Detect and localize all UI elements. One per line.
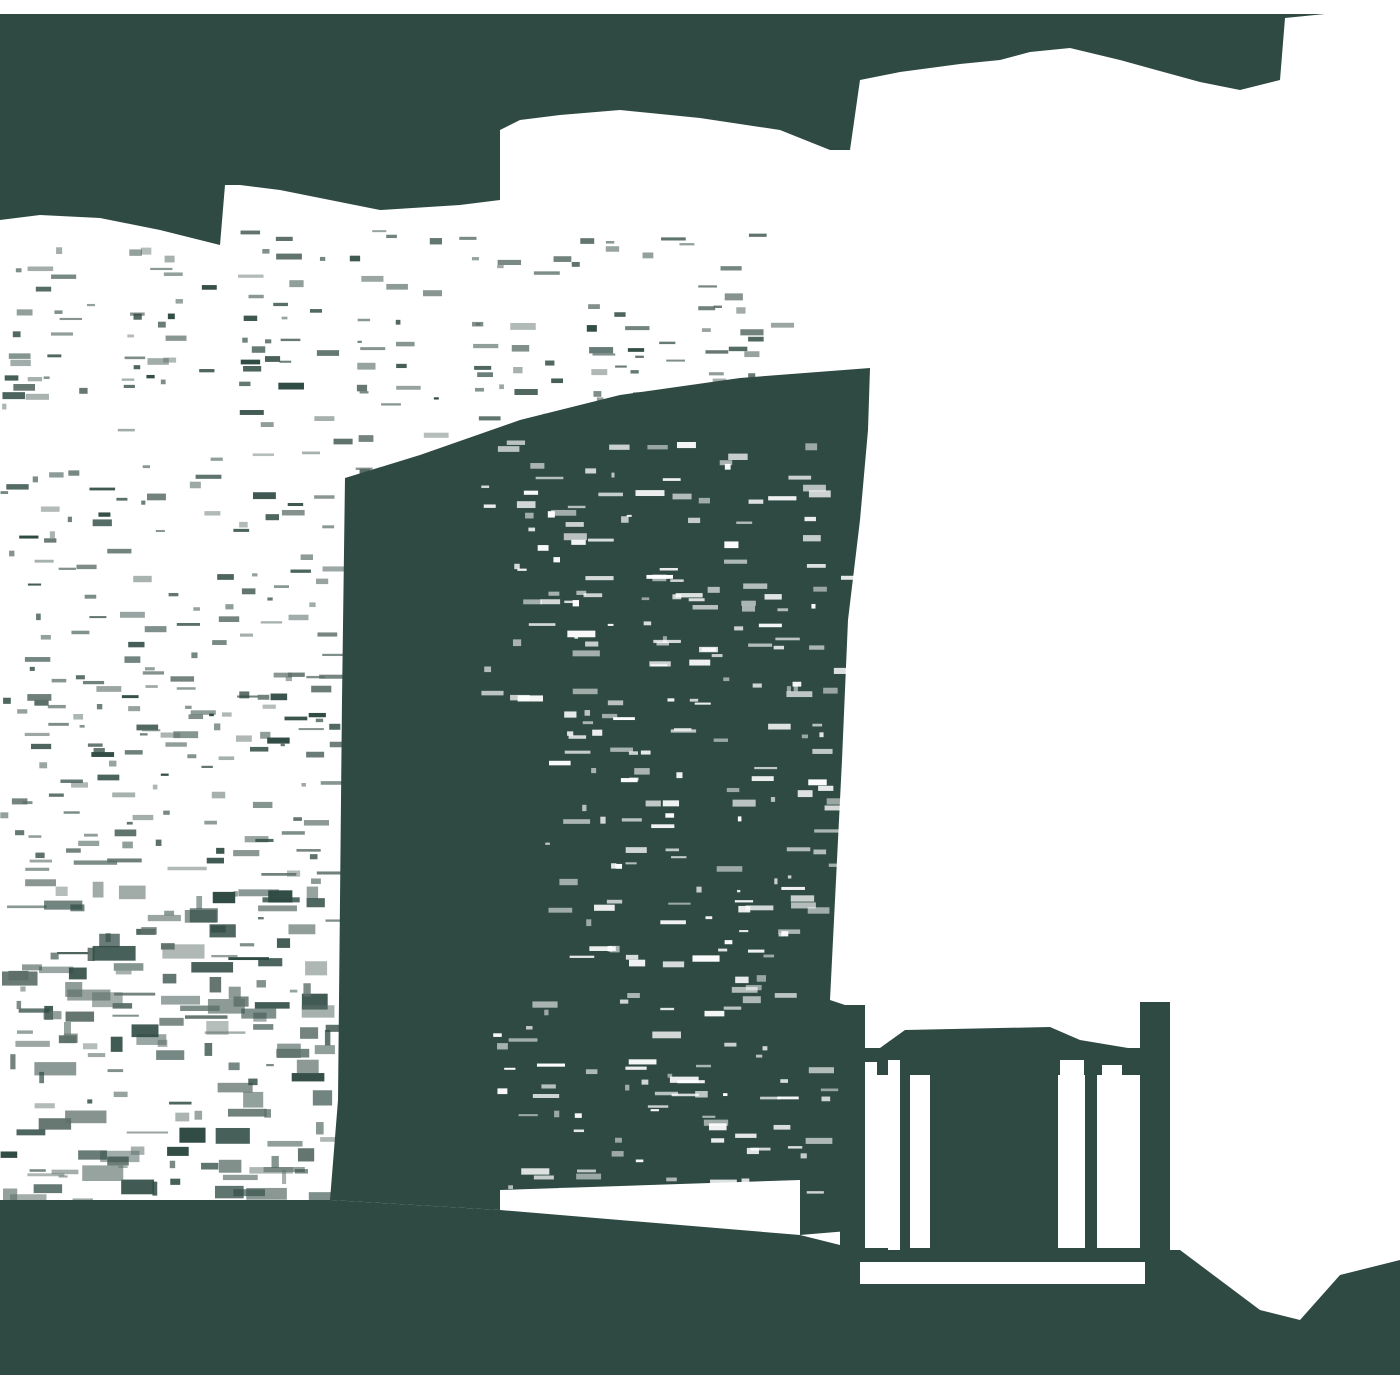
- linocut-print: [0, 0, 1400, 1400]
- bottom-margin: [0, 1375, 1400, 1400]
- print-canvas: [0, 0, 1400, 1400]
